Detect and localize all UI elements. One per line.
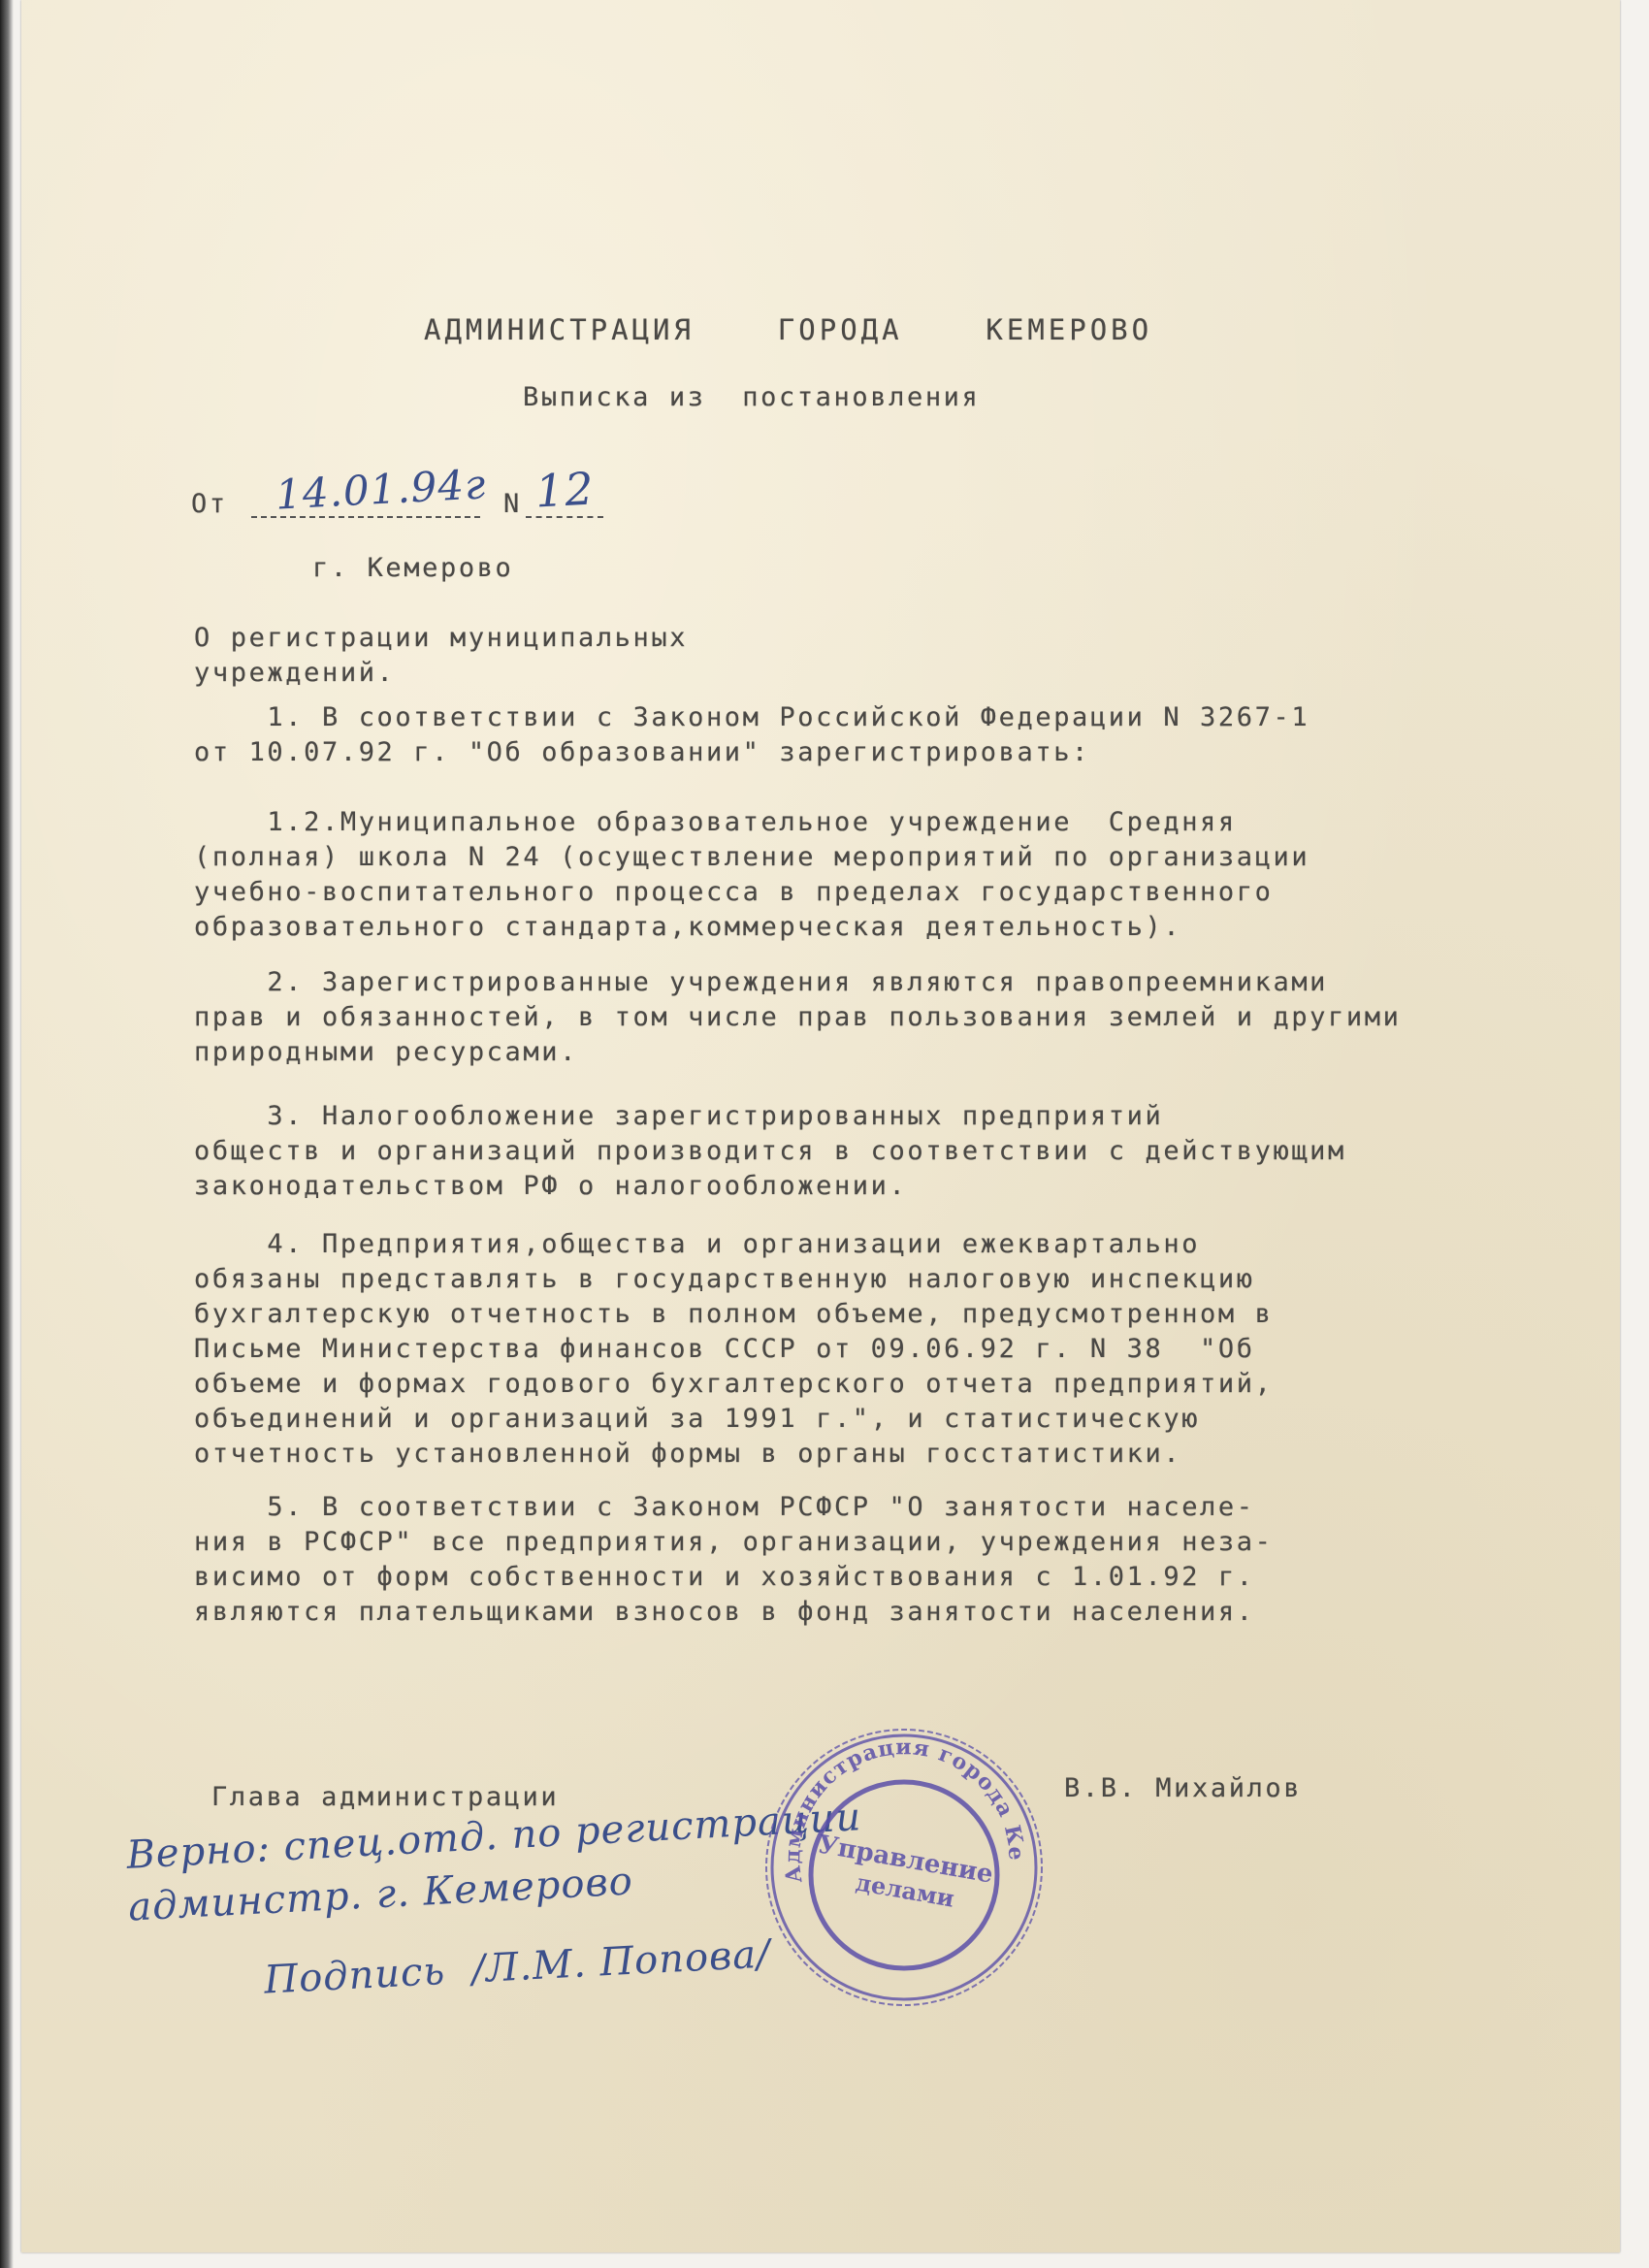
paragraph-line: ния в РСФСР" все предприятия, организаци… <box>194 1525 1273 1560</box>
paragraph-line: 5. В соответствии с Законом РСФСР "О зан… <box>194 1490 1255 1525</box>
paragraph-line: 1.2.Муниципальное образовательное учрежд… <box>194 805 1237 840</box>
date-label: От <box>191 487 228 522</box>
paragraph-line: бухгалтерскую отчетность в полном объеме… <box>194 1297 1273 1332</box>
paragraph-line: обязаны представлять в государственную н… <box>194 1262 1255 1297</box>
paragraph-line: объеме и формах годового бухгалтерского … <box>194 1367 1273 1402</box>
paragraph-line: (полная) школа N 24 (осуществление мероп… <box>194 840 1309 875</box>
number-value-handwritten: 12 <box>534 462 596 517</box>
paragraph-line: являются плательщиками взносов в фонд за… <box>194 1595 1255 1630</box>
paragraph-line: образовательного стандарта,коммерческая … <box>194 910 1181 945</box>
paragraph-line: объединений и организаций за 1991 г.", и… <box>194 1402 1200 1437</box>
date-value-handwritten: 14.01.94г <box>275 460 488 518</box>
org-title: АДМИНИСТРАЦИЯ ГОРОДА КЕМЕРОВО <box>424 312 1152 347</box>
handwritten-signature: Подпись /Л.М. Попова/ <box>263 1931 772 2002</box>
paragraph-line: обществ и организаций производится в соо… <box>194 1134 1346 1169</box>
subject-line-2: учреждений. <box>194 656 395 691</box>
number-label: N <box>503 487 522 522</box>
city-line: г. Кемерово <box>312 551 513 586</box>
paragraph-line: висимо от форм собственности и хозяйство… <box>194 1560 1255 1595</box>
paragraph-line: законодательством РФ о налогообложении. <box>194 1169 907 1204</box>
subject-line-1: О регистрации муниципальных <box>194 621 688 656</box>
paragraph-line: учебно-воспитательного процесса в предел… <box>194 875 1273 910</box>
paragraph-line: 1. В соответствии с Законом Российской Ф… <box>194 700 1309 735</box>
document-page: АДМИНИСТРАЦИЯ ГОРОДА КЕМЕРОВО Выписка из… <box>21 0 1620 2252</box>
paragraph-line: отчетность установленной формы в органы … <box>194 1437 1181 1472</box>
signatory-position: Глава администрации <box>211 1780 559 1815</box>
paragraph-line: прав и обязанностей, в том числе прав по… <box>194 1000 1401 1035</box>
paragraph-line: 3. Налогообложение зарегистрированных пр… <box>194 1099 1163 1134</box>
official-seal-stamp: Администрация города Кемерово Управление… <box>759 1722 1050 2013</box>
paragraph-line: от 10.07.92 г. "Об образовании" зарегист… <box>194 735 1090 770</box>
doc-type: Выписка из постановления <box>523 380 980 415</box>
scan-edge-shadow <box>0 0 14 2268</box>
paragraph-line: 2. Зарегистрированные учреждения являютс… <box>194 965 1328 1000</box>
signatory-name: В.В. Михайлов <box>1064 1771 1302 1806</box>
paragraph-line: Письме Министерства финансов СССР от 09.… <box>194 1332 1255 1367</box>
paragraph-line: 4. Предприятия,общества и организации еж… <box>194 1227 1200 1262</box>
paragraph-line: природными ресурсами. <box>194 1035 578 1070</box>
